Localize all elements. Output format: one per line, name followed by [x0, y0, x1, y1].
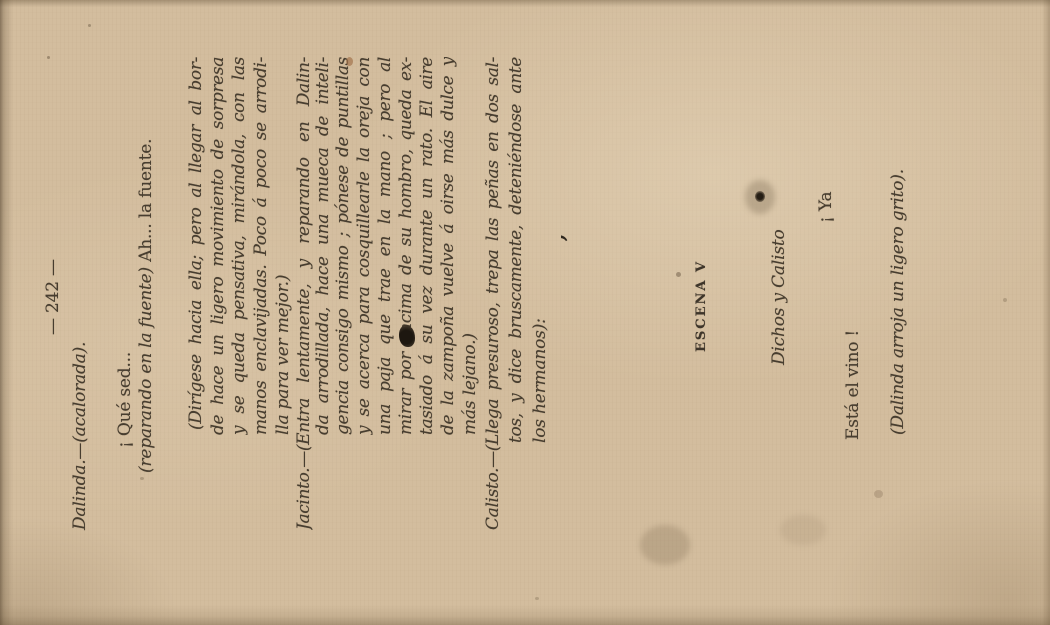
- stage-direction-line: gencia consigo mismo ; pónese de puntill…: [333, 57, 354, 435]
- dialogue-fragment: ¡ Ya: [816, 192, 836, 223]
- closing-stage-direction: (Dalinda arroja un ligero grito).: [888, 169, 908, 435]
- dialogue-line: ¡ Qué sed...: [115, 352, 135, 448]
- stage-direction-line: tasiado á su vez durante un rato. El air…: [417, 57, 438, 435]
- speck: [874, 490, 883, 498]
- ink-blot: [399, 325, 415, 347]
- rust-speck: [346, 57, 353, 66]
- stage-direction-line: mirar por encima de su hombro, queda ex-: [396, 57, 417, 435]
- dialogue-inline: Ah... la fuente.: [136, 139, 156, 262]
- book-page-scan: — 242 — Dalinda.—(acalorada). ¡ Qué sed.…: [0, 0, 1050, 625]
- dialogue-line-mixed: (reparando en la fuente) Ah... la fuente…: [136, 139, 156, 473]
- page-number-header: — 242 —: [43, 259, 63, 335]
- stain: [780, 515, 826, 545]
- speaker-line-jacinto: Jacinto.—(Entra lentamente, y reparando …: [294, 57, 315, 530]
- dialogue-fragment: Está el vino !: [843, 330, 863, 440]
- ink-speck: [755, 191, 765, 202]
- stage-direction-line: de la zampoña vuelve á oirse más dulce y: [438, 57, 459, 435]
- stage-direction-line: tos, y dice bruscamente, deteniéndose an…: [506, 57, 527, 443]
- stage-direction-line: más lejano.): [460, 333, 480, 435]
- speaker-line-calisto: Calisto.—(Llega presuroso, trepa las peñ…: [483, 57, 504, 530]
- stage-direction-line: (Dirígese hacia ella; pero al llegar al …: [186, 57, 207, 430]
- stage-direction-line: y se acerca para cosquillearle la oreja …: [354, 57, 375, 435]
- speck: [47, 56, 50, 59]
- speck: [240, 113, 243, 117]
- stage-direction-inline: (reparando en la fuente): [136, 262, 156, 473]
- stage-direction-line: de hace un ligero movimiento de sorpresa: [208, 57, 229, 435]
- speck: [1003, 298, 1007, 302]
- scene-heading: ESCENA V: [692, 260, 712, 352]
- stage-direction-line: lla para ver mejor.): [273, 275, 293, 435]
- speck: [676, 272, 681, 277]
- ink-comma-blot: ,: [545, 234, 569, 241]
- speck: [88, 24, 91, 27]
- stain: [640, 525, 690, 565]
- rotated-page-content: — 242 — Dalinda.—(acalorada). ¡ Qué sed.…: [0, 0, 1050, 625]
- stage-direction-line: una paja que trae en la mano ; pero al: [375, 57, 396, 435]
- scene-subheading: Dichos y Calisto: [769, 229, 789, 365]
- speaker-line-dalinda: Dalinda.—(acalorada).: [70, 342, 90, 530]
- stage-direction-line: da arrodillada, hace una mueca de inteli…: [313, 57, 334, 435]
- stage-direction-line: los hermanos):: [530, 318, 550, 443]
- stage-direction-line: manos enclavijadas. Poco á poco se arrod…: [251, 57, 272, 435]
- speck: [535, 597, 539, 600]
- speck: [140, 477, 144, 480]
